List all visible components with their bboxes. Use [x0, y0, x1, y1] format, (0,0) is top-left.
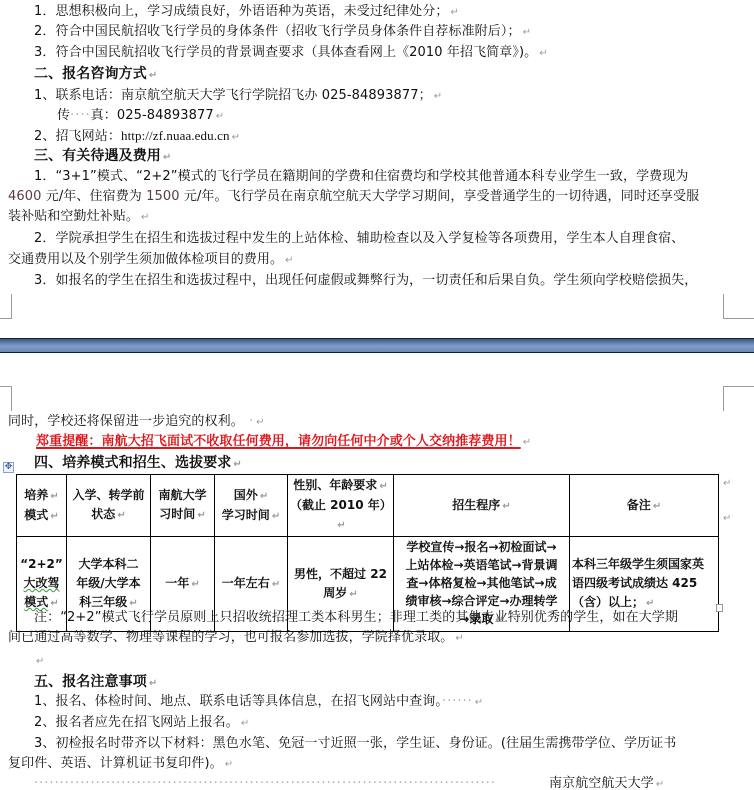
fees-para-1-line-3: 装补贴和空勤灶补贴。↵ — [8, 207, 150, 227]
page-margin-corner-top-left — [0, 386, 12, 411]
paragraph-mark: ↵ — [163, 152, 171, 163]
paragraph-mark: ↵ — [216, 111, 224, 122]
row-end-mark: ↵ — [723, 478, 731, 489]
section-2-heading: 二、报名咨询方式↵ — [34, 64, 157, 84]
lodging-value: 1500 — [146, 189, 179, 204]
signature: 南京航空航天大学 — [549, 776, 654, 790]
paragraph-mark: ↵ — [656, 779, 664, 790]
section-5-heading: 五、报名注意事项↵ — [34, 672, 157, 692]
header-status: 入学、转学前状态↵ — [67, 475, 151, 537]
signature-line: ········································… — [34, 774, 674, 790]
paragraph-mark: ↵ — [539, 48, 547, 59]
contact-fax: 传····真：025-84893877↵ — [57, 106, 224, 126]
section-4-heading: 四、培养模式和招生、选拔要求↵ — [34, 453, 242, 473]
paragraph-mark: ↵ — [523, 27, 531, 38]
fees-para-1-line-2: 4600 元/年、住宿费为 1500 元/年。飞行学员在南京航空航天大学学习期间… — [8, 187, 699, 207]
requirement-2: 2．符合中国民航招收飞行学员的身体条件（招收飞行学员身体条件自荐标准附后）；↵ — [34, 22, 531, 42]
tuition-value: 4600 — [8, 189, 41, 204]
header-procedure: 招生程序↵ — [394, 475, 570, 537]
paragraph-mark: ↵ — [149, 678, 157, 689]
paragraph-mark: ↵ — [256, 417, 264, 428]
page-margin-corner-bottom-right — [723, 294, 754, 319]
header-nuaa-time: 南航大学习时间↵ — [151, 475, 215, 537]
paragraph-mark: ↵ — [523, 437, 531, 448]
requirement-3: 3．符合中国民航招收飞行学员的背景调查要求（具体查看网上《2010 年招飞简章》… — [34, 43, 548, 63]
fees-para-2-line-1: 2．学院承担学生在招生和选拔过程中发生的上站体检、辅助检查以及入学复检等各项费用… — [34, 229, 684, 249]
note-line-1: 注：“2+2”模式飞行学员原则上只招收统招理工类本科男生；非理工类的其他专业特别… — [34, 608, 678, 628]
fees-para-3-line-2: 同时，学校还将保留进一步追究的权利。 ·↵ — [8, 412, 265, 432]
paragraph-mark: ↵ — [434, 91, 442, 102]
notice-item-3-line-1: 3、初检报名时带齐以下材料：黑色水笔、免冠一寸近照一张，学生证、身份证。(往届生… — [34, 734, 676, 754]
paragraph-mark: ↵ — [450, 7, 458, 18]
paragraph-mark: ↵ — [141, 212, 149, 223]
notice-item-1: 1、报名、体检时间、地点、联系电话等具体信息，在招飞网站中查询。······↵ — [34, 692, 483, 712]
header-mode: 培养↵模式↵ — [17, 475, 67, 537]
table-move-handle-icon[interactable]: ✥ — [3, 462, 14, 473]
paragraph-mark: ↵ — [232, 132, 240, 143]
header-requirement: 性别、年龄要求↵（截止 2010 年）↵ — [288, 475, 394, 537]
empty-paragraph: ↵ — [34, 651, 44, 671]
header-remark: 备注↵ — [570, 475, 719, 537]
notice-item-2: 2、报名者应先在招飞网站上报名。↵ — [34, 713, 249, 733]
row-end-mark: ↵ — [723, 513, 731, 524]
fees-para-1-line-1: 1．“3+1”模式、“2+2”模式的飞行学员在籍期间的学费和住宿费均和学校其他普… — [34, 167, 688, 187]
paragraph-mark: ↵ — [455, 633, 463, 644]
contact-website: 2、招飞网站：http://zf.nuaa.edu.cn↵ — [34, 126, 240, 146]
header-abroad-time: 国外↵学习时间↵ — [215, 475, 288, 537]
paragraph-mark: ↵ — [36, 656, 44, 667]
paragraph-mark: ↵ — [149, 70, 157, 81]
page-break-separator — [0, 338, 754, 353]
page-margin-corner-bottom-left — [0, 294, 12, 319]
notice-item-3-line-2: 复印件、英语、计算机证书复印件)。↵ — [8, 754, 233, 774]
paragraph-mark: ↵ — [233, 459, 241, 470]
note-line-2: 间已通过高等数学、物理等课程的学习，也可报名参加选拔，学院择优录取。↵ — [8, 628, 464, 648]
contact-phone: 1、联系电话：南京航空航天大学飞行学院招飞办 025-84893877；↵ — [34, 86, 442, 106]
paragraph-mark: ↵ — [285, 255, 293, 266]
warning-notice: 郑重提醒：南航大招飞面试不收取任何费用，请勿向任何中介或个人交纳推荐费用！↵ — [36, 432, 531, 452]
fees-para-3-line-1: 3．如报名的学生在招生和选拔过程中，出现任何虚假或舞弊行为，一切责任和后果自负。… — [34, 271, 697, 291]
page-margin-corner-top-right — [723, 386, 754, 411]
paragraph-mark: ↵ — [241, 718, 249, 729]
fees-para-2-line-2: 交通费用以及个别学生须加做体检项目的费用。↵ — [8, 250, 294, 270]
section-3-heading: 三、有关待遇及费用↵ — [34, 146, 171, 166]
paragraph-mark: ↵ — [225, 759, 233, 770]
website-link[interactable]: http://zf.nuaa.edu.cn — [121, 128, 230, 143]
requirement-1: 1．思想积极向上，学习成绩良好，外语语种为英语，未受过纪律处分；↵ — [34, 2, 459, 22]
table-header-row: 培养↵模式↵ 入学、转学前状态↵ 南航大学习时间↵ 国外↵学习时间↵ 性别、年龄… — [17, 475, 719, 537]
table-resize-handle[interactable] — [716, 604, 723, 612]
paragraph-mark: ↵ — [475, 697, 483, 708]
